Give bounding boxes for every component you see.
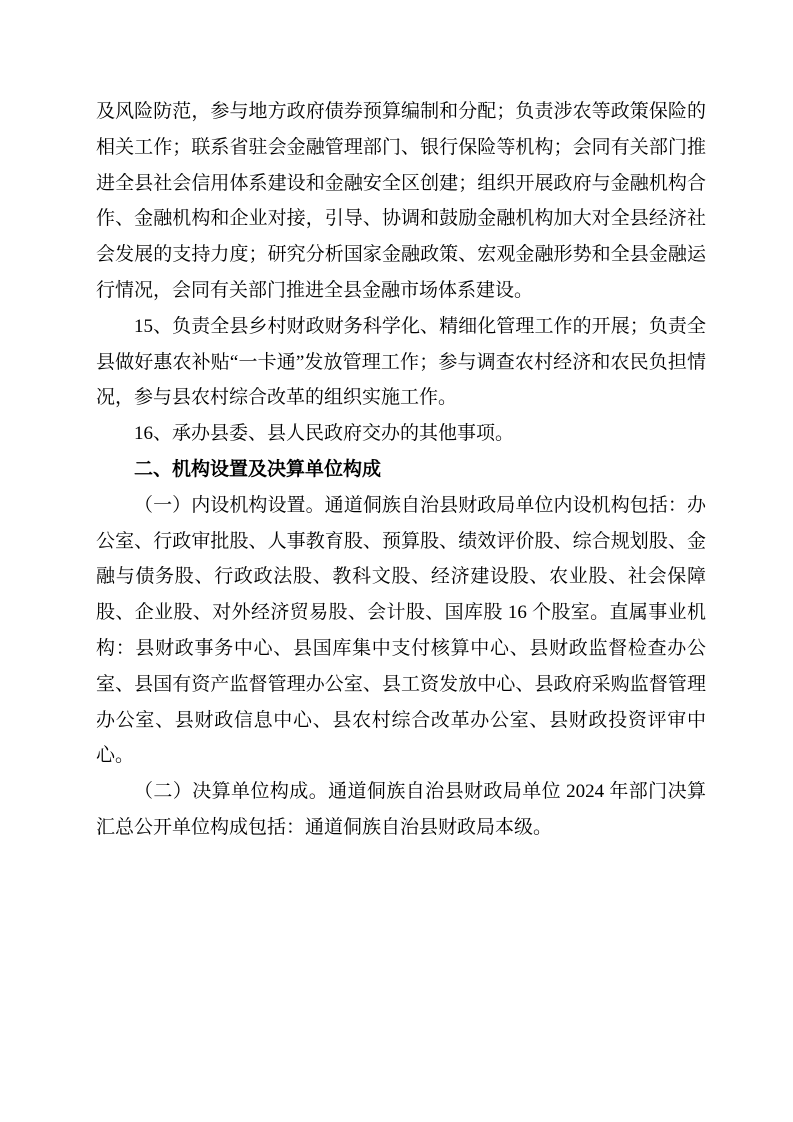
paragraph-duty-15: 15、负责全县乡村财政财务科学化、精细化管理工作的开展；负责全县做好惠农补贴“一… <box>96 309 706 416</box>
document-content: 及风险防范，参与地方政府债券预算编制和分配；负责涉农等政策保险的相关工作；联系省… <box>96 94 706 846</box>
section-heading-org-setup: 二、机构设置及决算单位构成 <box>96 452 706 488</box>
paragraph-duties-continuation: 及风险防范，参与地方政府债券预算编制和分配；负责涉农等政策保险的相关工作；联系省… <box>96 94 706 309</box>
paragraph-internal-organizations: （一）内设机构设置。通道侗族自治县财政局单位内设机构包括：办公室、行政审批股、人… <box>96 488 706 774</box>
document-page: 及风险防范，参与地方政府债券预算编制和分配；负责涉农等政策保险的相关工作；联系省… <box>0 0 793 1122</box>
paragraph-duty-16: 16、承办县委、县人民政府交办的其他事项。 <box>96 416 706 452</box>
paragraph-final-accounts-units: （二）决算单位构成。通道侗族自治县财政局单位 2024 年部门决算汇总公开单位构… <box>96 774 706 846</box>
